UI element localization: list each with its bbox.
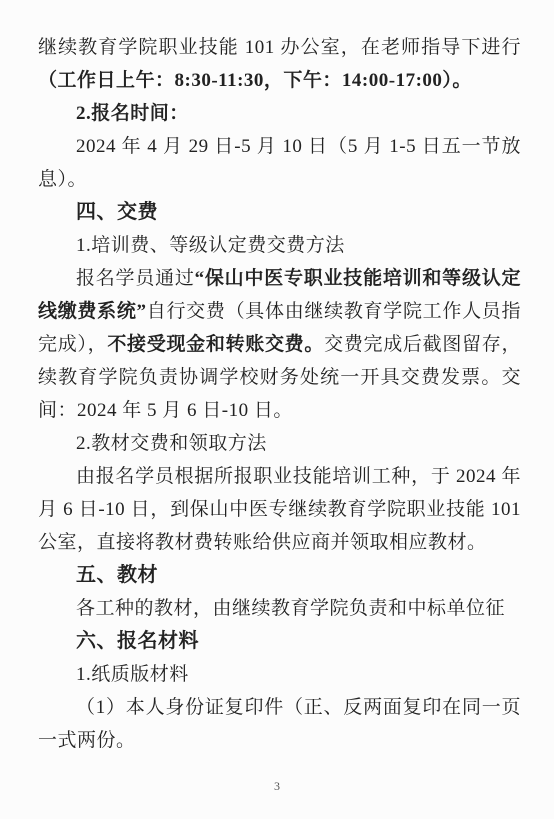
fee-paragraph-line: 报名学员通过“保山中医专职业技能培训和等级认定在 xyxy=(38,262,521,295)
textbook-fee-paragraph-line: 公室，直接将教材费转账给供应商并领取相应教材。 xyxy=(38,526,521,559)
registration-time-line: 2024 年 4 月 29 日-5 月 10 日（5 月 1-5 日五一节放假休 xyxy=(38,130,521,163)
body-text: 续教育学院负责协调学校财务处统一开具交费发票。交费时 xyxy=(38,367,521,394)
office-location-line: 继续教育学院职业技能 101 办公室，在老师指导下进行报名 xyxy=(38,31,521,64)
fee-paragraph-line: 线缴费系统”自行交费（具体由继续教育学院工作人员指导 xyxy=(38,295,521,328)
subheading-text: 2.报名时间： xyxy=(76,103,189,124)
document-body: 继续教育学院职业技能 101 办公室，在老师指导下进行报名 （工作日上午：8:3… xyxy=(0,0,554,757)
body-text: 息）。 xyxy=(38,169,87,190)
page-number: 3 xyxy=(0,779,554,794)
subheading-text: 1.纸质版材料 xyxy=(76,664,189,685)
body-text: （工作日上午：8:30-11:30，下午：14:00-17:00）。 xyxy=(38,70,472,91)
payment-system-name: 线缴费系统” xyxy=(38,301,147,322)
id-copy-paragraph-cont: 一式两份。 xyxy=(38,724,521,757)
body-text: 由报名学员根据所报职业技能培训工种，于 2024 年 5 xyxy=(76,466,521,493)
body-text: 2024 年 4 月 29 日-5 月 10 日（5 月 1-5 日五一节放假休 xyxy=(76,136,521,163)
section-heading-materials: 六、报名材料 xyxy=(38,625,521,658)
office-hours-line: （工作日上午：8:30-11:30，下午：14:00-17:00）。 xyxy=(38,64,521,97)
textbook-fee-subheading: 2.教材交费和领取方法 xyxy=(38,427,521,460)
body-text: 月 6 日-10 日，到保山中医专继续教育学院职业技能 101 办 xyxy=(38,499,521,526)
subheading-text: 1.培训费、等级认定费交费方法 xyxy=(76,235,345,256)
registration-time-line-cont: 息）。 xyxy=(38,163,521,196)
section-heading-textbooks: 五、教材 xyxy=(38,559,521,592)
textbook-fee-paragraph-line: 由报名学员根据所报职业技能培训工种，于 2024 年 5 xyxy=(38,460,521,493)
textbook-fee-paragraph-line: 月 6 日-10 日，到保山中医专继续教育学院职业技能 101 办 xyxy=(38,493,521,526)
heading-text: 六、报名材料 xyxy=(76,630,199,652)
body-text: 各工种的教材，由继续教育学院负责和中标单位征订。 xyxy=(76,598,505,625)
section-heading-fees: 四、交费 xyxy=(38,196,521,229)
heading-text: 五、教材 xyxy=(76,564,158,586)
document-page: 继续教育学院职业技能 101 办公室，在老师指导下进行报名 （工作日上午：8:3… xyxy=(0,0,554,819)
no-cash-warning: 不接受现金和转账交费。 xyxy=(107,334,324,355)
body-text: 公室，直接将教材费转账给供应商并领取相应教材。 xyxy=(38,532,487,553)
paper-materials-subheading: 1.纸质版材料 xyxy=(38,658,521,691)
body-text: 间：2024 年 5 月 6 日-10 日。 xyxy=(38,400,293,421)
body-text: 继续教育学院职业技能 101 办公室，在老师指导下进行报名 xyxy=(38,37,521,64)
page-number-text: 3 xyxy=(274,779,280,793)
fee-paragraph-line: 完成），不接受现金和转账交费。交费完成后截图留存，继 xyxy=(38,328,521,361)
fee-paragraph-line: 续教育学院负责协调学校财务处统一开具交费发票。交费时 xyxy=(38,361,521,394)
fee-deadline-line: 间：2024 年 5 月 6 日-10 日。 xyxy=(38,394,521,427)
body-text: （1）本人身份证复印件（正、反两面复印在同一页上）， xyxy=(76,697,521,724)
textbook-paragraph-line: 各工种的教材，由继续教育学院负责和中标单位征订。 xyxy=(38,592,521,625)
body-text: 一式两份。 xyxy=(38,730,136,751)
body-text: 报名学员通过 xyxy=(76,268,195,289)
id-copy-paragraph-line: （1）本人身份证复印件（正、反两面复印在同一页上）， xyxy=(38,691,521,724)
fee-method-subheading: 1.培训费、等级认定费交费方法 xyxy=(38,229,521,262)
registration-time-subheading: 2.报名时间： xyxy=(38,97,521,130)
subheading-text: 2.教材交费和领取方法 xyxy=(76,433,267,454)
body-text: 完成）， xyxy=(38,334,107,355)
heading-text: 四、交费 xyxy=(76,201,158,223)
